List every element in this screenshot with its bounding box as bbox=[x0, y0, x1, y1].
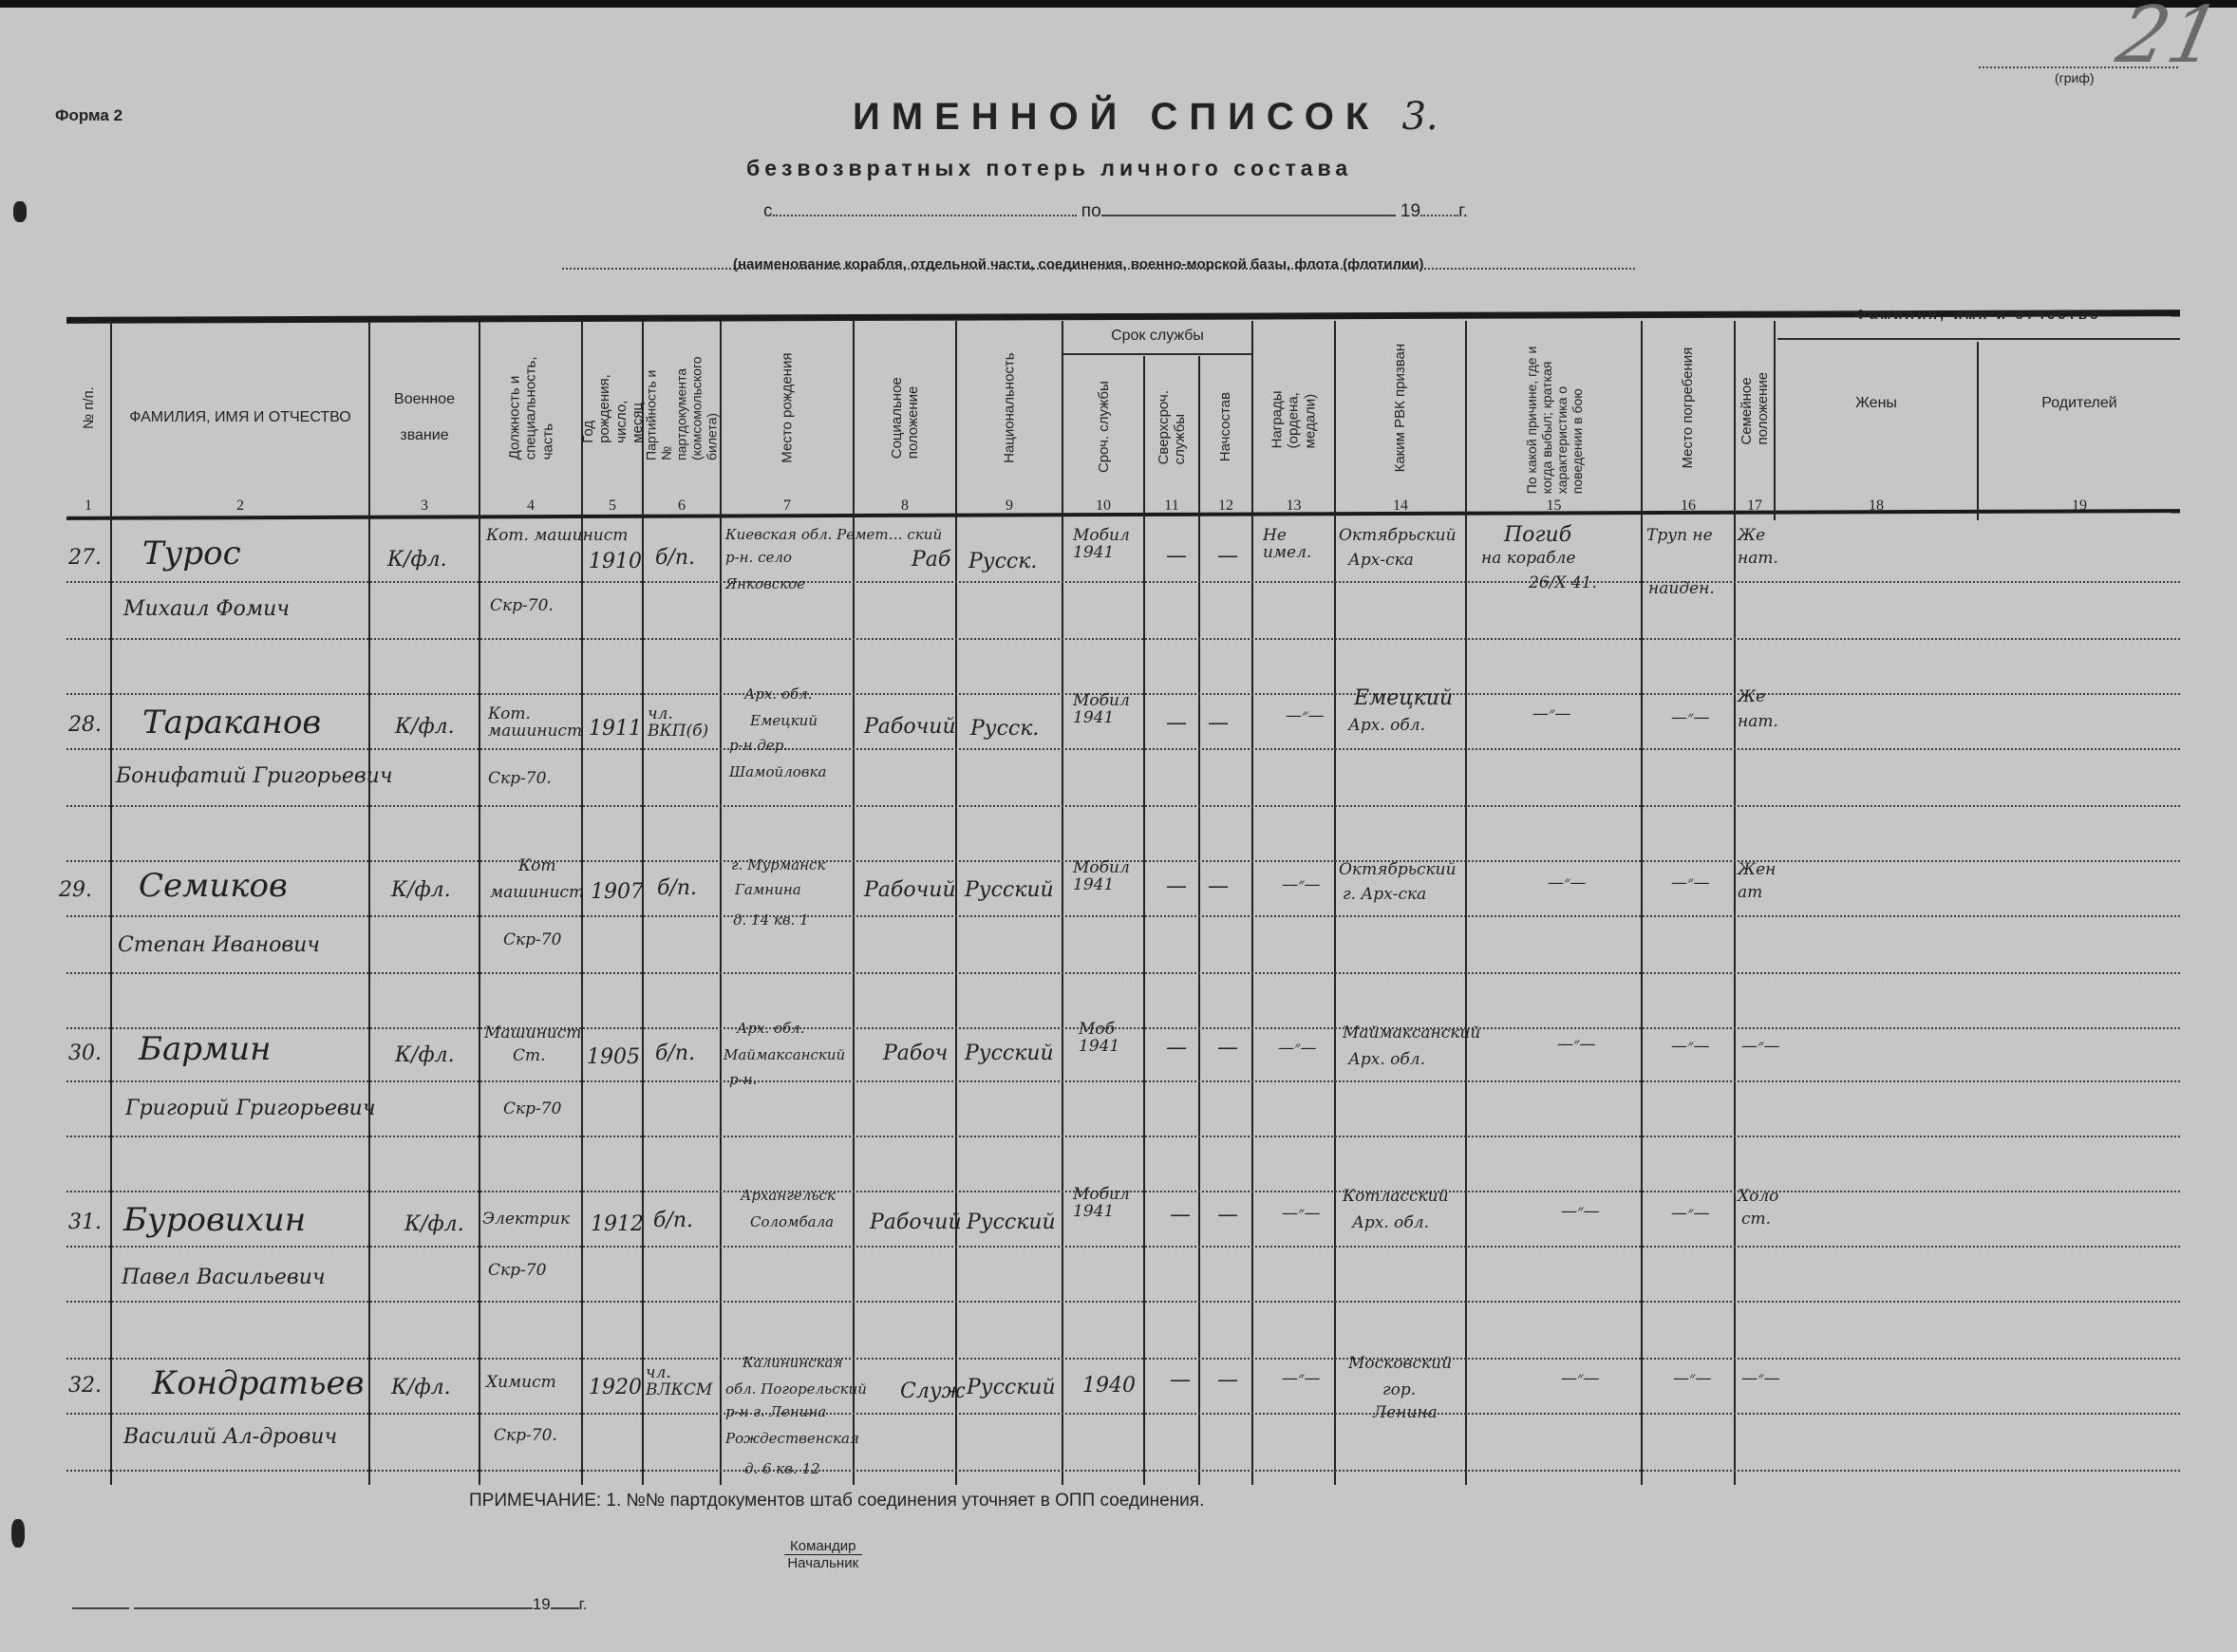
rvk-line: Арх. обл. bbox=[1348, 1052, 1425, 1069]
unit: Скр-70. bbox=[494, 1428, 557, 1445]
rank: К/фл. bbox=[404, 1213, 464, 1235]
period-year: 19 bbox=[1400, 201, 1420, 221]
awards: —״— bbox=[1282, 1371, 1320, 1388]
birthplace-line: Емецкий bbox=[750, 714, 818, 729]
date-year: 19 bbox=[533, 1595, 551, 1613]
birthplace-line: Гамнина bbox=[735, 883, 801, 898]
awards: —״— bbox=[1278, 1041, 1316, 1058]
col-num: 7 bbox=[722, 497, 853, 515]
social-status: Рабочий bbox=[864, 879, 956, 901]
burial-line: найден. bbox=[1648, 581, 1715, 598]
col-num: 3 bbox=[370, 497, 479, 515]
social-status: Рабочий bbox=[870, 1211, 962, 1233]
unit: Скр-70 bbox=[488, 1263, 546, 1280]
reason: —״— bbox=[1557, 1037, 1595, 1054]
col-header-wife: Жены bbox=[1776, 380, 1977, 427]
col-num: 6 bbox=[644, 497, 720, 515]
surname: Турос bbox=[142, 537, 241, 572]
position: Машинист bbox=[484, 1025, 581, 1042]
col-header-reason: По какой причине, где и когда выбыл; кра… bbox=[1467, 313, 1641, 503]
given-names: Василий Ал-дрович bbox=[123, 1426, 337, 1448]
given-names: Степан Иванович bbox=[118, 934, 320, 956]
col-num: 4 bbox=[480, 497, 581, 515]
col-num: 5 bbox=[583, 497, 642, 515]
nationality: Русский bbox=[967, 1211, 1056, 1233]
document-title: ИМЕННОЙ СПИСОК 3. bbox=[853, 95, 1438, 139]
col-header-social: Социальное положение bbox=[855, 323, 955, 494]
col-header-awards: Награды (ордена, медали) bbox=[1253, 323, 1334, 494]
birthplace: Арх. обл. bbox=[737, 1022, 804, 1037]
col-header-rvk: Каким РВК призван bbox=[1336, 323, 1465, 494]
unit: Скр-70. bbox=[488, 771, 552, 788]
service-term: Мобил 1941 bbox=[1073, 1187, 1139, 1221]
officer-status: — bbox=[1208, 712, 1229, 734]
position-line: машинист bbox=[490, 885, 584, 902]
grif-line bbox=[1979, 66, 2178, 68]
period-year-field bbox=[1420, 215, 1458, 216]
birthplace-line: Янковское bbox=[725, 577, 805, 592]
ink-blot bbox=[13, 201, 27, 222]
row-number: 32. bbox=[68, 1375, 102, 1397]
period-suffix: г. bbox=[1458, 201, 1468, 221]
extended-service: — bbox=[1166, 875, 1187, 897]
period-to-label: по bbox=[1081, 201, 1101, 221]
birthplace-line: обл. Погорельский bbox=[725, 1382, 867, 1398]
surname: Буровихин bbox=[123, 1204, 306, 1238]
rvk: Октябрьский bbox=[1339, 528, 1457, 545]
birth-year: 1905 bbox=[587, 1046, 640, 1068]
position: Химист bbox=[486, 1375, 556, 1392]
family-status: Жен bbox=[1738, 862, 1776, 879]
service-term: Моб 1941 bbox=[1079, 1022, 1136, 1056]
unit: Скр-70 bbox=[503, 1101, 561, 1118]
col-header-position: Должность и специальность, часть bbox=[480, 323, 581, 494]
birthplace-line: р-н г. Ленина bbox=[725, 1405, 826, 1420]
officer-status: — bbox=[1217, 545, 1238, 567]
birthplace-line: Маймаксанский bbox=[724, 1048, 845, 1063]
row-number: 31. bbox=[68, 1211, 102, 1233]
birth-year: 1911 bbox=[589, 718, 642, 740]
service-term: Мобил 1941 bbox=[1073, 860, 1139, 894]
given-names: Григорий Григорьевич bbox=[125, 1098, 376, 1119]
birth-year: 1920 bbox=[589, 1377, 642, 1399]
family-line: ст. bbox=[1741, 1211, 1771, 1229]
unit: Скр-70 bbox=[503, 932, 561, 949]
party: б/п. bbox=[657, 877, 697, 899]
family-line: нат. bbox=[1738, 714, 1778, 731]
officer-status: — bbox=[1217, 1204, 1238, 1226]
party: б/п. bbox=[653, 1210, 693, 1231]
col-num: 12 bbox=[1200, 497, 1251, 515]
party: чл. ВЛКСМ bbox=[646, 1365, 718, 1399]
rank: К/фл. bbox=[387, 549, 447, 571]
birthplace-line: р-н. bbox=[729, 1073, 757, 1088]
family-line: ат bbox=[1738, 885, 1762, 902]
service-term: Мобил 1941 bbox=[1073, 693, 1139, 727]
col-header-burial: Место погребения bbox=[1643, 323, 1734, 494]
position: Электрик bbox=[482, 1211, 570, 1229]
col-header-regular-service: Сроч. службы bbox=[1063, 361, 1143, 494]
burial-place: —״— bbox=[1673, 1371, 1711, 1388]
nationality: Русск. bbox=[968, 551, 1037, 573]
reason-line: на корабле bbox=[1481, 551, 1575, 568]
page-number: 21 bbox=[2110, 0, 2228, 81]
rvk: Маймаксанский bbox=[1343, 1025, 1480, 1042]
surname: Кондратьев bbox=[152, 1367, 364, 1401]
col-num: 13 bbox=[1253, 497, 1334, 515]
nationality: Русский bbox=[967, 1377, 1056, 1399]
family-status: Же bbox=[1738, 689, 1765, 706]
party: б/п. bbox=[655, 1042, 695, 1064]
given-names: Михаил Фомич bbox=[123, 598, 290, 620]
date-day-field bbox=[72, 1607, 129, 1609]
footnote: ПРИМЕЧАНИЕ: 1. №№ партдокументов штаб со… bbox=[469, 1491, 1204, 1511]
family-line: нат. bbox=[1738, 551, 1778, 568]
unit-caption: (наименование корабля, отдельной части, … bbox=[733, 256, 1424, 272]
col-num: 14 bbox=[1336, 497, 1465, 515]
extended-service: — bbox=[1170, 1204, 1191, 1226]
rank: К/фл. bbox=[395, 1044, 455, 1066]
position: Кот. машинист bbox=[488, 706, 573, 741]
given-names: Павел Васильевич bbox=[122, 1267, 326, 1288]
col-header-family-status: Семейное положение bbox=[1736, 323, 1774, 494]
row-number: 28. bbox=[68, 714, 102, 736]
birth-year: 1907 bbox=[591, 881, 644, 903]
family-status: Же bbox=[1738, 528, 1765, 545]
birthplace-line: д. 6 кв. 12 bbox=[744, 1462, 820, 1477]
row-number: 27. bbox=[68, 547, 102, 569]
col-group-relatives: Фамилия, имя и отчество bbox=[1776, 300, 2180, 329]
service-term: Мобил 1941 bbox=[1073, 528, 1139, 562]
extended-service: — bbox=[1166, 545, 1187, 567]
birthplace-line: р-н. село bbox=[725, 551, 792, 566]
col-num: 10 bbox=[1063, 497, 1143, 515]
officer-status: — bbox=[1217, 1369, 1238, 1391]
awards: —״— bbox=[1282, 877, 1320, 894]
birthplace-line: р-н дер. bbox=[729, 739, 788, 754]
surname: Бармин bbox=[139, 1033, 272, 1067]
burial-place: Труп не bbox=[1646, 528, 1713, 545]
nationality: Русск. bbox=[970, 718, 1039, 740]
chief-label: Начальник bbox=[784, 1555, 862, 1571]
position: Кот bbox=[518, 858, 556, 875]
signature-block: Командир Начальник bbox=[784, 1538, 862, 1571]
col-num: 18 bbox=[1776, 497, 1977, 515]
awards: —״— bbox=[1286, 708, 1324, 725]
title-text: ИМЕННОЙ СПИСОК bbox=[853, 96, 1380, 138]
row-number: 30. bbox=[68, 1042, 102, 1064]
burial-place: —״— bbox=[1671, 1206, 1709, 1223]
burial-place: —״— bbox=[1671, 710, 1709, 727]
rvk: Октябрьский bbox=[1339, 862, 1457, 879]
reason: Погиб bbox=[1504, 524, 1571, 546]
date-suffix: г. bbox=[579, 1595, 588, 1613]
commander-label: Командир bbox=[784, 1538, 862, 1555]
period-from-field bbox=[773, 215, 1077, 216]
col-group-service-term: Срок службы bbox=[1063, 319, 1251, 353]
birthplace: Арх. обл. bbox=[744, 687, 812, 703]
rvk-line: гор. bbox=[1382, 1382, 1416, 1399]
position-line: Ст. bbox=[513, 1048, 546, 1065]
social-status: Раб bbox=[912, 549, 950, 571]
extended-service: — bbox=[1170, 1369, 1191, 1391]
rvk: Московский bbox=[1348, 1356, 1452, 1373]
party: чл. ВКП(б) bbox=[648, 706, 716, 741]
rvk-line: Ленина bbox=[1373, 1405, 1438, 1422]
col-header-birth-year: Год рождения, число, месяц bbox=[583, 323, 642, 494]
col-header-rank: Военное звание bbox=[370, 370, 479, 465]
scan-top-edge bbox=[0, 0, 2237, 8]
col-header-number: № п/п. bbox=[66, 323, 110, 494]
reason: —״— bbox=[1561, 1371, 1599, 1388]
col-header-extended-service: Сверхсроч. службы bbox=[1145, 361, 1198, 494]
family-status: —״— bbox=[1741, 1039, 1779, 1056]
col-num: 2 bbox=[112, 497, 368, 515]
col-header-party: Партийность и № партдокумента (комсомоль… bbox=[644, 313, 720, 503]
birthplace-line: Рождественская bbox=[725, 1432, 859, 1447]
officer-status: — bbox=[1217, 1037, 1238, 1059]
col-header-full-name: ФАМИЛИЯ, ИМЯ И ОТЧЕСТВО bbox=[112, 370, 368, 465]
awards: —״— bbox=[1282, 1206, 1320, 1223]
date-month-field bbox=[134, 1607, 533, 1609]
birthplace-line: Шамойловка bbox=[729, 765, 826, 780]
col-header-nationality: Национальность bbox=[957, 323, 1062, 494]
nationality: Русский bbox=[965, 1042, 1054, 1064]
reason-line: 26/X 41. bbox=[1529, 575, 1597, 592]
col-num: 11 bbox=[1145, 497, 1198, 515]
service-term: 1940 bbox=[1082, 1375, 1136, 1397]
form-label: Форма 2 bbox=[55, 106, 122, 125]
birth-year: 1912 bbox=[591, 1213, 644, 1235]
rvk-line: Арх. обл. bbox=[1348, 718, 1425, 735]
col-header-parents: Родителей bbox=[1979, 380, 2180, 427]
birthplace-line: Соломбала bbox=[750, 1215, 834, 1230]
rvk-line: Арх-ска bbox=[1348, 553, 1414, 570]
rvk: Емецкий bbox=[1354, 687, 1453, 709]
row-number: 29. bbox=[59, 879, 92, 901]
rank: К/фл. bbox=[391, 879, 451, 901]
reason: —״— bbox=[1561, 1204, 1599, 1221]
party: б/п. bbox=[655, 547, 695, 569]
given-names: Бонифатий Григорьевич bbox=[116, 765, 393, 787]
signature-date: 19г. bbox=[72, 1595, 588, 1614]
grif-label: (гриф) bbox=[2055, 70, 2095, 85]
col-num: 9 bbox=[957, 497, 1062, 515]
birthplace: Киевская обл. Ремет… ский bbox=[725, 528, 942, 543]
burial-place: —״— bbox=[1671, 1039, 1709, 1056]
document-subtitle: безвозвратных потерь личного состава bbox=[746, 156, 1352, 181]
surname: Семиков bbox=[139, 870, 288, 904]
title-number: 3. bbox=[1401, 95, 1438, 139]
social-status: Рабоч bbox=[883, 1042, 948, 1064]
extended-service: — bbox=[1166, 1037, 1187, 1059]
birthplace: г. Мурманск bbox=[731, 858, 825, 873]
period-line: с по 19г. bbox=[763, 201, 1468, 222]
birthplace: Калининская bbox=[743, 1356, 842, 1371]
col-num: 16 bbox=[1643, 497, 1734, 515]
col-num: 17 bbox=[1736, 497, 1774, 515]
birthplace: Архангельск bbox=[741, 1189, 836, 1204]
rvk-line: г. Арх-ска bbox=[1343, 887, 1426, 904]
extended-service: — bbox=[1166, 712, 1187, 734]
ink-blot bbox=[11, 1519, 25, 1548]
reason: —״— bbox=[1548, 875, 1586, 892]
social-status: Рабочий bbox=[864, 716, 956, 738]
position: Кот. машинист bbox=[486, 528, 628, 545]
col-header-officers: Начсостав bbox=[1200, 361, 1251, 494]
rvk: Котласский bbox=[1343, 1189, 1449, 1206]
officer-status: — bbox=[1208, 875, 1229, 897]
rvk-line: Арх. обл. bbox=[1352, 1215, 1429, 1232]
nationality: Русский bbox=[965, 879, 1054, 901]
period-to-field bbox=[1101, 215, 1396, 216]
col-num: 15 bbox=[1467, 497, 1641, 515]
col-header-birthplace: Место рождения bbox=[722, 323, 853, 494]
col-num: 19 bbox=[1979, 497, 2180, 515]
col-num: 8 bbox=[855, 497, 955, 515]
family-status: —״— bbox=[1741, 1371, 1779, 1388]
surname: Тараканов bbox=[142, 706, 321, 741]
family-status: Холо bbox=[1738, 1189, 1778, 1206]
col-num: 1 bbox=[66, 497, 110, 515]
rank: К/фл. bbox=[391, 1377, 451, 1399]
unit: Скр-70. bbox=[490, 598, 554, 615]
period-from-label: с bbox=[763, 201, 773, 221]
social-status: Служ bbox=[900, 1380, 966, 1402]
burial-place: —״— bbox=[1671, 875, 1709, 892]
birthplace-line: д. 14 кв. 1 bbox=[733, 913, 809, 929]
reason: —״— bbox=[1532, 706, 1570, 723]
birth-year: 1910 bbox=[589, 551, 642, 573]
rank: К/фл. bbox=[395, 716, 455, 738]
awards: Не имел. bbox=[1263, 528, 1329, 562]
date-year-field bbox=[551, 1607, 579, 1609]
